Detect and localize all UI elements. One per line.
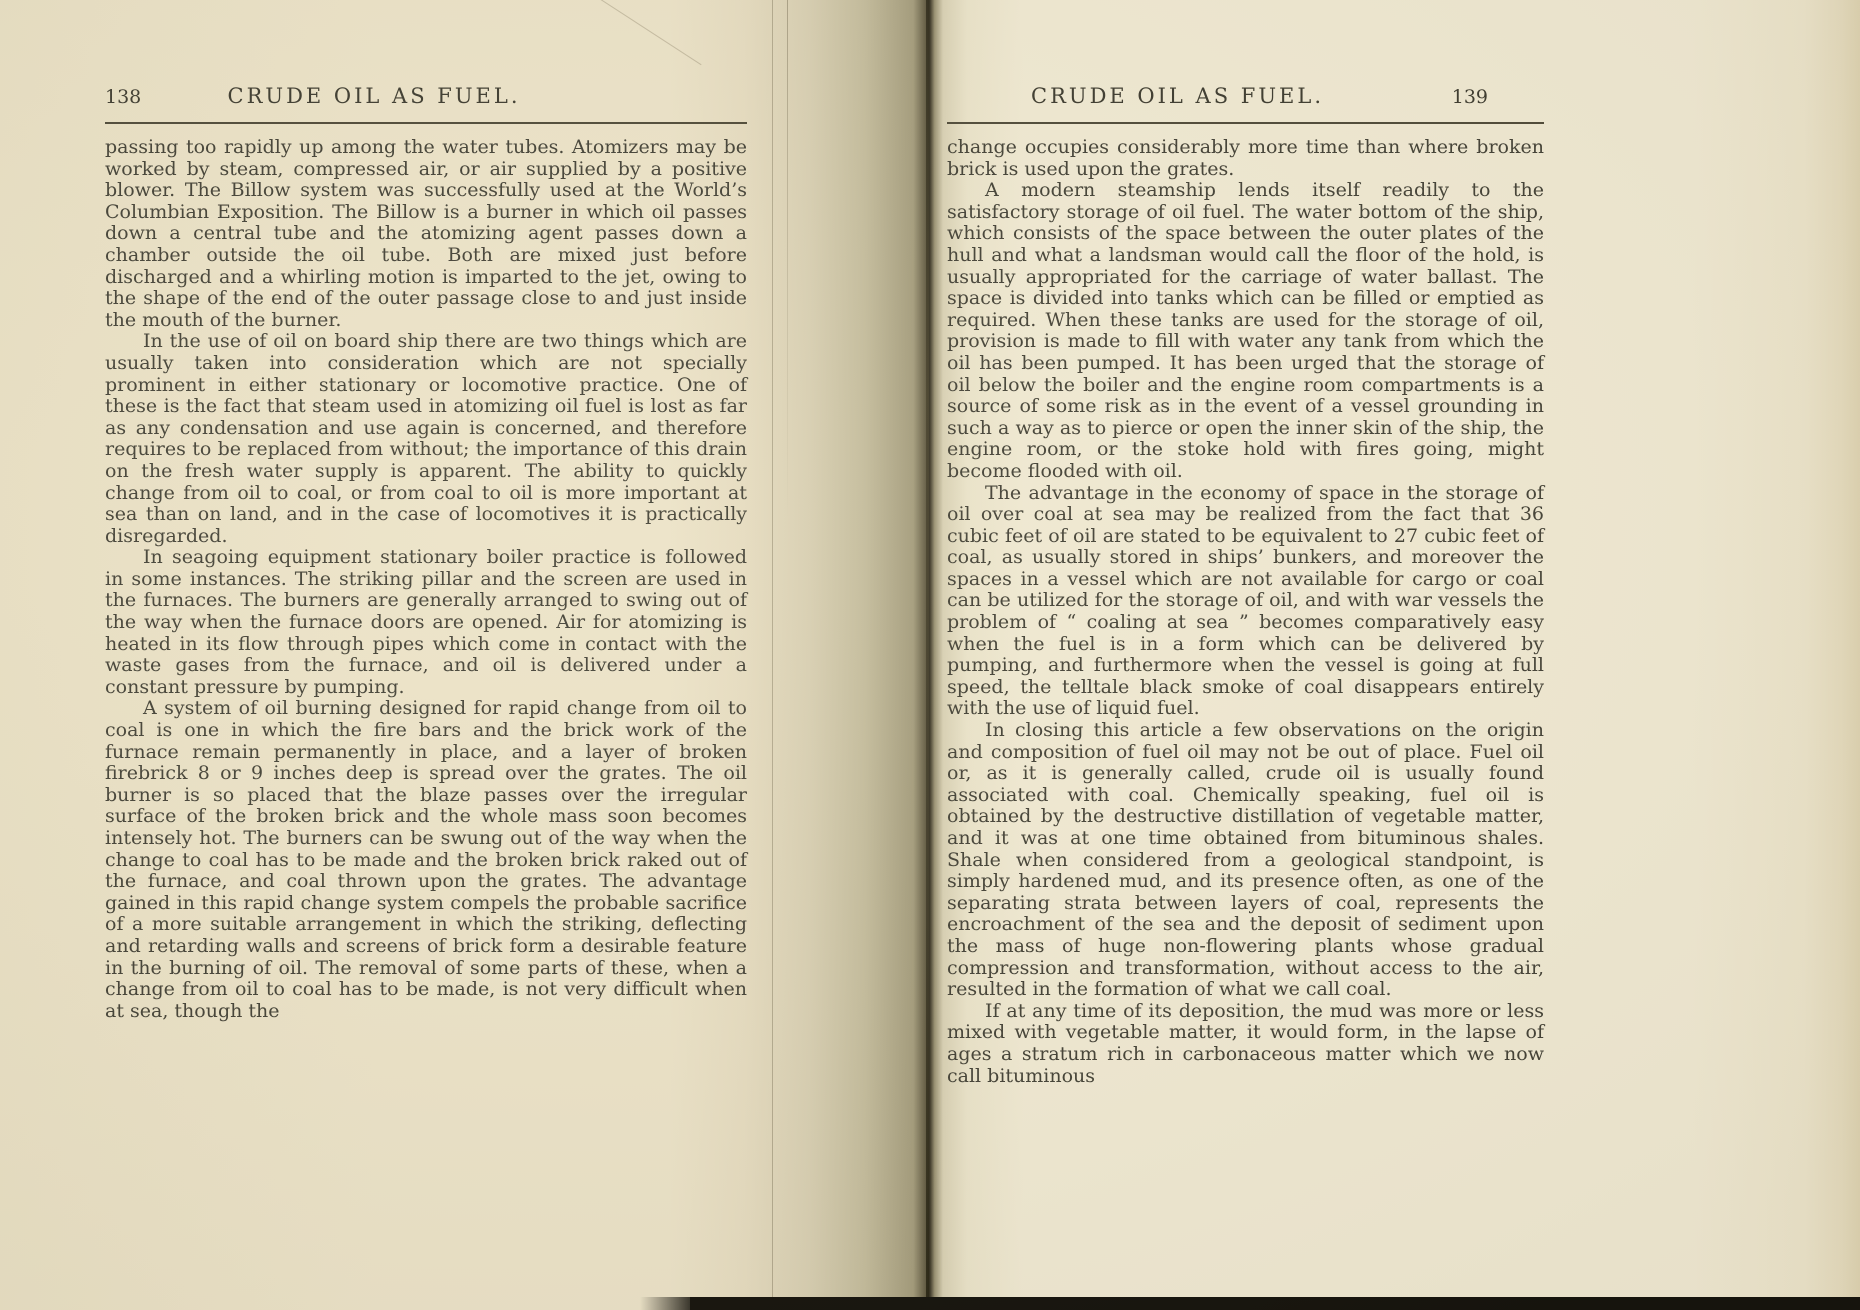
left-page-body: passing too rapidly up among the water t… (105, 137, 747, 1022)
left-page-header: 138 CRUDE OIL AS FUEL. (105, 84, 747, 120)
page-edge-crease (772, 0, 773, 1310)
header-rule (105, 122, 747, 124)
paragraph: In closing this article a few observatio… (947, 720, 1544, 1001)
scan-edge-strip (690, 1297, 1860, 1310)
paragraph: A modern steamship lends itself readily … (947, 180, 1544, 482)
paragraph: change occupies considerably more time t… (947, 137, 1544, 180)
right-page-body: change occupies considerably more time t… (947, 137, 1544, 1087)
paragraph: If at any time of its deposition, the mu… (947, 1001, 1544, 1087)
paragraph: passing too rapidly up among the water t… (105, 137, 747, 331)
paragraph: In the use of oil on board ship there ar… (105, 331, 747, 547)
gutter-binding-line (926, 0, 929, 1310)
left-page: 138 CRUDE OIL AS FUEL. passing too rapid… (105, 84, 747, 1022)
page-edge-crease (787, 0, 788, 520)
paragraph: A system of oil burning designed for rap… (105, 698, 747, 1022)
right-page-header: CRUDE OIL AS FUEL. 139 (947, 84, 1544, 120)
book-scan: 138 CRUDE OIL AS FUEL. passing too rapid… (0, 0, 1860, 1310)
right-page: CRUDE OIL AS FUEL. 139 change occupies c… (947, 84, 1544, 1087)
paragraph: In seagoing equipment stationary boiler … (105, 547, 747, 698)
paragraph: The advantage in the economy of space in… (947, 483, 1544, 721)
running-title: CRUDE OIL AS FUEL. (979, 84, 1376, 108)
running-title: CRUDE OIL AS FUEL. (123, 84, 625, 108)
header-rule (947, 122, 1544, 124)
page-number: 139 (1414, 86, 1544, 108)
